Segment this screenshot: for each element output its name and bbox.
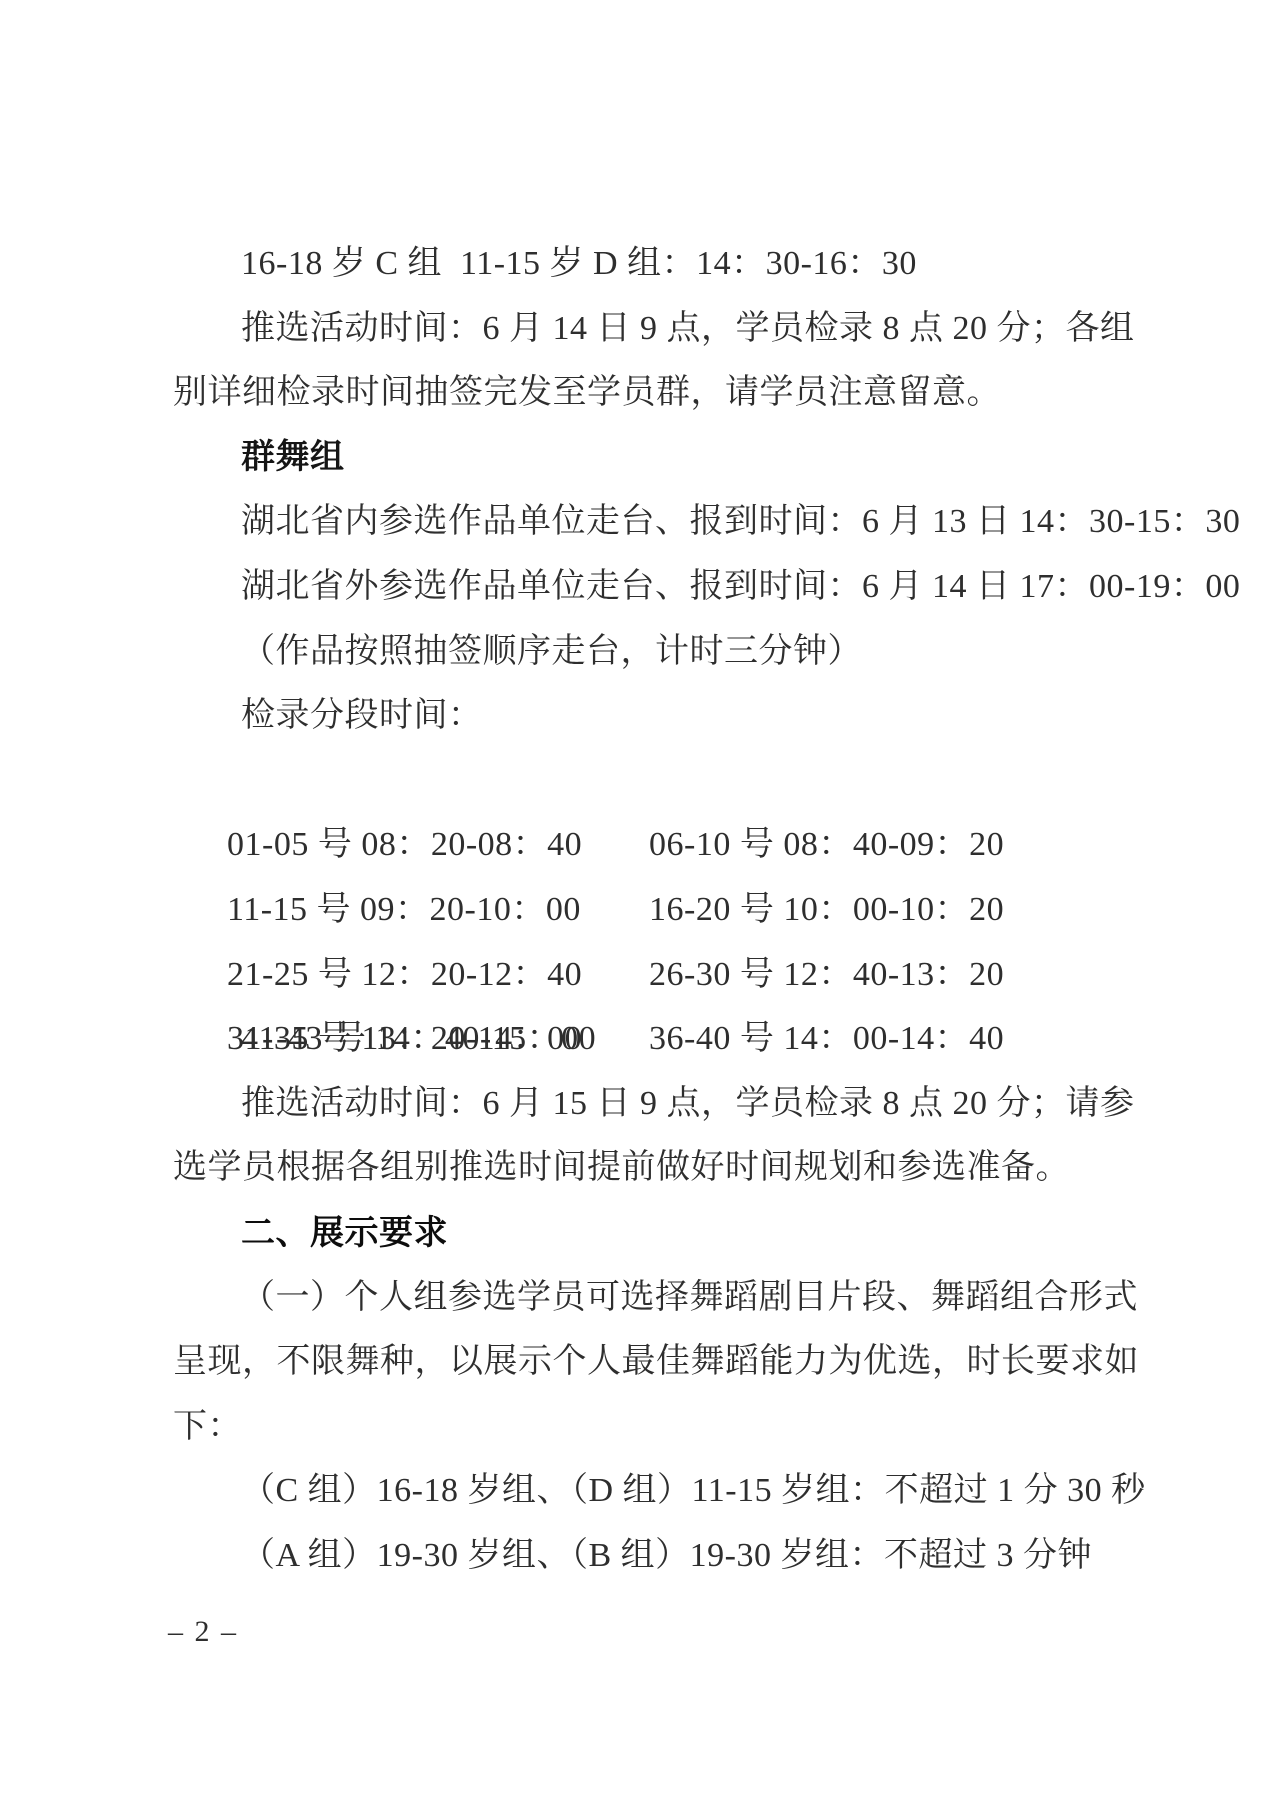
schedule-col-06-10: 06-10 号 08：40-09：20 (649, 826, 1004, 863)
line-selection-time-jun15: 推选活动时间：6 月 15 日 9 点，学员检录 8 点 20 分；请参 (173, 1072, 1127, 1137)
line-duration-cd: （C 组）16-18 岁组、（D 组）11-15 岁组：不超过 1 分 30 秒 (173, 1459, 1127, 1524)
line-selection-prep-cont: 选学员根据各组别推选时间提前做好时间规划和参选准备。 (173, 1136, 1127, 1201)
document-page: 16-18 岁 C 组 11-15 岁 D 组：14：30-16：30 推选活动… (0, 0, 1280, 1810)
document-body: 16-18 岁 C 组 11-15 岁 D 组：14：30-16：30 推选活动… (173, 232, 1127, 1588)
line-selection-time-jun14: 推选活动时间：6 月 14 日 9 点，学员检录 8 点 20 分；各组 (173, 297, 1127, 362)
heading-group-dance: 群舞组 (173, 426, 1127, 491)
schedule-col-16-20: 16-20 号 10：00-10：20 (649, 891, 1004, 928)
line-individual-rule-cont: 呈现，不限舞种，以展示个人最佳舞蹈能力为优选，时长要求如 (173, 1330, 1127, 1395)
line-individual-rule: （一）个人组参选学员可选择舞蹈剧目片段、舞蹈组合形式 (173, 1266, 1127, 1331)
line-walkthrough-note: （作品按照抽签顺序走台，计时三分钟） (173, 620, 1127, 685)
schedule-col-36-40: 36-40 号 14：00-14：40 (649, 1020, 1004, 1057)
line-checkin-title: 检录分段时间： (173, 684, 1127, 749)
page-number: – 2 – (168, 1612, 238, 1652)
line-selection-time-cont: 别详细检录时间抽签完发至学员群，请学员注意留意。 (173, 361, 1127, 426)
line-duration-ab: （A 组）19-30 岁组、（B 组）19-30 岁组：不超过 3 分钟 (173, 1524, 1127, 1589)
schedule-col-01-05: 01-05 号 08：20-08：40 (227, 813, 649, 878)
heading-section-2-display-requirements: 二、展示要求 (173, 1201, 1127, 1266)
schedule-col-11-15: 11-15 号 09：20-10：00 (227, 878, 649, 943)
line-group-cd-time: 16-18 岁 C 组 11-15 岁 D 组：14：30-16：30 (173, 232, 1127, 297)
schedule-col-26-30: 26-30 号 12：40-13：20 (649, 956, 1004, 993)
schedule-col-21-25: 21-25 号 12：20-12：40 (227, 943, 649, 1008)
line-hubei-outside-walkthrough: 湖北省外参选作品单位走台、报到时间：6 月 14 日 17：00-19：00 (173, 555, 1127, 620)
line-hubei-inside-walkthrough: 湖北省内参选作品单位走台、报到时间：6 月 13 日 14：30-15：30 (173, 490, 1127, 555)
schedule-line-01-10: 01-05 号 08：20-08：4006-10 号 08：40-09：20 (173, 749, 1127, 814)
line-individual-rule-end: 下： (173, 1395, 1127, 1460)
